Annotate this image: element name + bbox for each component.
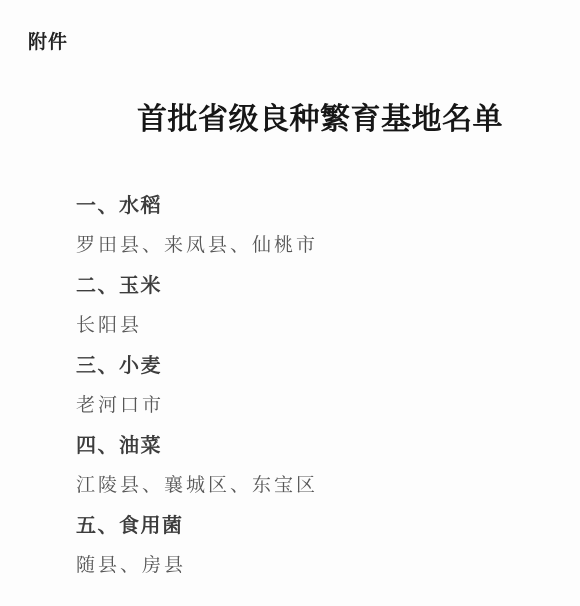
section-content-wheat: 老河口市 xyxy=(76,386,560,426)
document-page: 附件 首批省级良种繁育基地名单 一、水稻 罗田县、来凤县、仙桃市 二、玉米 长阳… xyxy=(0,0,580,606)
section-heading-rice: 一、水稻 xyxy=(76,186,560,226)
section-content-corn: 长阳县 xyxy=(76,306,560,346)
section-content-rapeseed: 江陵县、襄城区、东宝区 xyxy=(76,466,560,506)
sections-list: 一、水稻 罗田县、来凤县、仙桃市 二、玉米 长阳县 三、小麦 老河口市 四、油菜… xyxy=(76,186,560,586)
attachment-label: 附件 xyxy=(28,27,68,54)
section-heading-rapeseed: 四、油菜 xyxy=(76,426,560,466)
section-content-rice: 罗田县、来凤县、仙桃市 xyxy=(76,226,560,266)
section-heading-wheat: 三、小麦 xyxy=(76,346,560,386)
section-edible-fungi: 五、食用菌 随县、房县 xyxy=(76,506,560,586)
section-heading-corn: 二、玉米 xyxy=(76,266,560,306)
section-rapeseed: 四、油菜 江陵县、襄城区、东宝区 xyxy=(76,426,560,506)
section-heading-edible-fungi: 五、食用菌 xyxy=(76,506,560,546)
section-corn: 二、玉米 长阳县 xyxy=(76,266,560,346)
section-content-edible-fungi: 随县、房县 xyxy=(76,546,560,586)
section-rice: 一、水稻 罗田县、来凤县、仙桃市 xyxy=(76,186,560,266)
page-title: 首批省级良种繁育基地名单 xyxy=(60,94,580,138)
section-wheat: 三、小麦 老河口市 xyxy=(76,346,560,426)
